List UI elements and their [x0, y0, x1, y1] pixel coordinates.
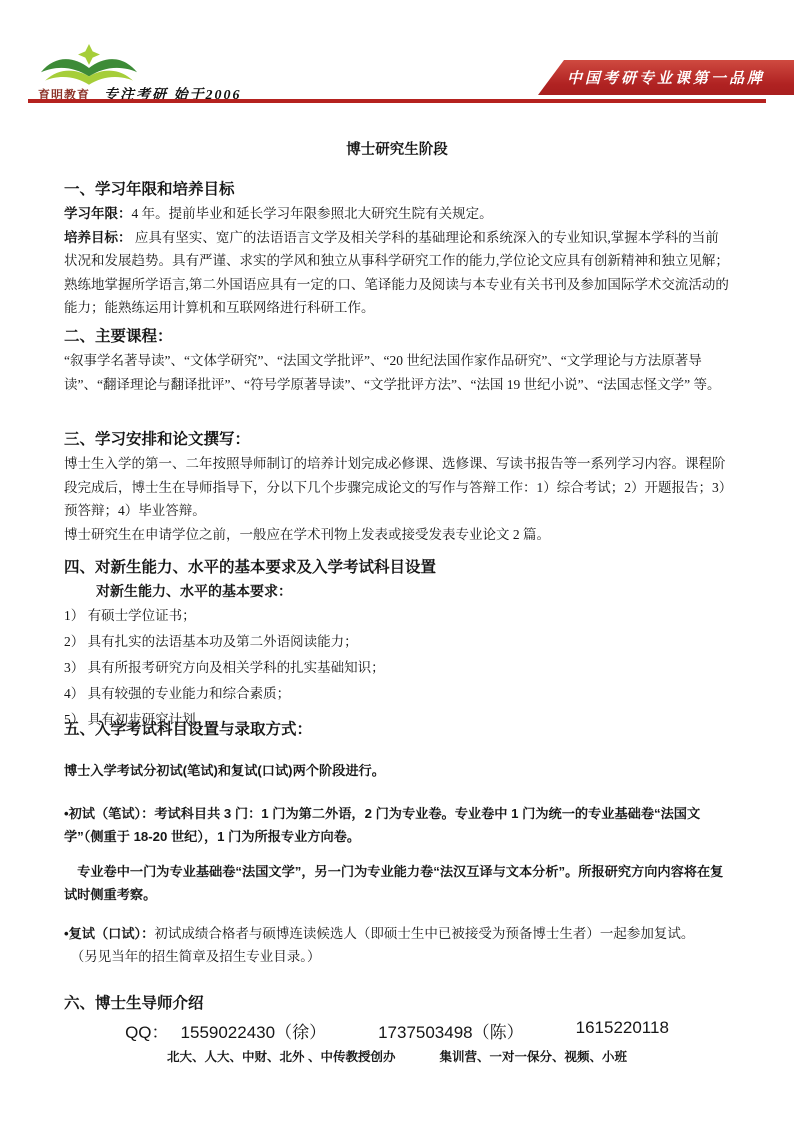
- study-plan-paragraph: 博士生入学的第一、二年按照导师制订的培养计划完成必修课、选修课、写读书报告等一系…: [64, 452, 730, 523]
- page-title: 博士研究生阶段: [64, 138, 730, 159]
- founders-text: 北大、人大、中财、北外 、中传教授创办: [167, 1047, 395, 1065]
- requirements-list: 1） 有硕士学位证书； 2） 具有扎实的法语基本功及第二外语阅读能力； 3） 具…: [64, 603, 730, 733]
- section-supervisor-intro: 六、博士生导师介绍: [64, 992, 730, 1016]
- qq-contact: 1559022430（徐）: [181, 1018, 327, 1043]
- qq-label: QQ：: [125, 1018, 168, 1043]
- footer-qq-contacts: QQ： 1559022430（徐） 1737503498（陈） 16152201…: [64, 1018, 730, 1043]
- study-years-label: 学习年限：: [64, 206, 132, 221]
- professional-paper-paragraph: 专业卷中一门为专业基础卷“法国文学”，另一门为专业能力卷“法汉互译与文本分析”。…: [64, 860, 730, 907]
- basic-requirements-subheading: 对新生能力、水平的基本要求：: [96, 580, 730, 603]
- requirement-item: 3） 具有所报考研究方向及相关学科的扎实基础知识；: [64, 655, 730, 681]
- oral-retest-text: 初试成绩合格者与硕博连读候选人（即硕士生中已被接受为预备博士生者）一起参加复试。: [154, 926, 694, 941]
- section-study-years-goals: 一、学习年限和培养目标 学习年限：4 年。提前毕业和延长学习年限参照北大研究生院…: [64, 178, 730, 320]
- training-goal-paragraph: 培养目标： 应具有坚实、宽广的法语语言文学及相关学科的基础理论和系统深入的专业知…: [64, 226, 730, 320]
- section5-heading: 五、入学考试科目设置与录取方式：: [64, 718, 730, 742]
- programs-text: 集训营、一对一保分、视频、小班: [439, 1047, 627, 1065]
- qq-contact: 1615220118: [576, 1018, 669, 1043]
- header-divider: [28, 99, 766, 103]
- page-header: 育明教育专注考研 始于2006 中国考研专业课第一品牌: [0, 0, 794, 106]
- qq-contact: 1737503498（陈）: [378, 1018, 524, 1043]
- training-goal-label: 培养目标：: [64, 230, 132, 245]
- section2-heading: 二、主要课程：: [64, 325, 730, 349]
- section1-heading: 一、学习年限和培养目标: [64, 178, 730, 202]
- study-years-line: 学习年限：4 年。提前毕业和延长学习年限参照北大研究生院有关规定。: [64, 202, 730, 226]
- requirement-item: 2） 具有扎实的法语基本功及第二外语阅读能力；: [64, 629, 730, 655]
- section3-heading: 三、学习安排和论文撰写：: [64, 428, 730, 452]
- oral-retest-label: •复试（口试）：: [64, 926, 154, 941]
- exam-stages-paragraph: 博士入学考试分初试(笔试)和复试(口试)两个阶段进行。: [64, 759, 730, 783]
- section4-heading: 四、对新生能力、水平的基本要求及入学考试科目设置: [64, 556, 730, 580]
- footer-tagline: 北大、人大、中财、北外 、中传教授创办 集训营、一对一保分、视频、小班: [64, 1047, 730, 1065]
- brand-banner: 中国考研专业课第一品牌: [538, 60, 794, 95]
- training-goal-text: 应具有坚实、宽广的法语语言文学及相关学科的基础理论和系统深入的专业知识,掌握本学…: [64, 230, 729, 316]
- requirement-item: 4） 具有较强的专业能力和综合素质；: [64, 681, 730, 707]
- document-page: 育明教育专注考研 始于2006 中国考研专业课第一品牌 博士研究生阶段 一、学习…: [0, 0, 794, 1123]
- banner-slogan: 中国考研专业课第一品牌: [567, 67, 765, 88]
- requirement-item: 1） 有硕士学位证书；: [64, 603, 730, 629]
- section-study-plan-thesis: 三、学习安排和论文撰写： 博士生入学的第一、二年按照导师制订的培养计划完成必修课…: [64, 428, 730, 546]
- oral-retest-paragraph: •复试（口试）：初试成绩合格者与硕博连读候选人（即硕士生中已被接受为预备博士生者…: [64, 922, 730, 969]
- section-new-student-requirements: 四、对新生能力、水平的基本要求及入学考试科目设置 对新生能力、水平的基本要求： …: [64, 556, 730, 733]
- study-years-text: 4 年。提前毕业和延长学习年限参照北大研究生院有关规定。: [132, 206, 493, 221]
- section6-heading: 六、博士生导师介绍: [64, 992, 730, 1016]
- section-main-courses: 二、主要课程： “叙事学名著导读”、“文体学研究”、“法国文学批评”、“20 世…: [64, 325, 730, 396]
- courses-list-paragraph: “叙事学名著导读”、“文体学研究”、“法国文学批评”、“20 世纪法国作家作品研…: [64, 349, 730, 396]
- oral-retest-note: （另见当年的招生简章及招生专业目录。）: [64, 949, 321, 964]
- publication-requirement-paragraph: 博士研究生在申请学位之前，一般应在学术刊物上发表或接受发表专业论文 2 篇。: [64, 523, 730, 547]
- section-exam-subjects-admission: 五、入学考试科目设置与录取方式： 博士入学考试分初试(笔试)和复试(口试)两个阶…: [64, 718, 730, 969]
- written-exam-paragraph: •初试（笔试）：考试科目共 3 门：1 门为第二外语，2 门为专业卷。专业卷中 …: [64, 802, 730, 849]
